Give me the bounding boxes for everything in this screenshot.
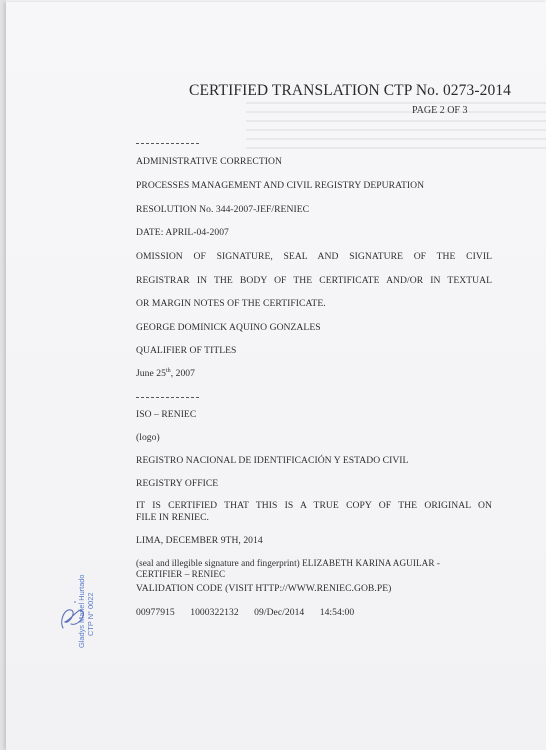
certified-line-2: FILE IN RENIEC. [136,512,209,523]
omission-line-1: OMISSION OF SIGNATURE, SEAL AND SIGNATUR… [136,251,492,262]
signed-date-suffix: , 2007 [171,368,195,379]
registry-office-line: REGISTRY OFFICE [136,478,218,489]
lima-date-line: LIMA, DECEMBER 9TH, 2014 [136,535,263,546]
validation-codes: 00977915 1000322132 09/Dec/2014 14:54:00 [136,607,367,618]
code-number: 1000322132 [190,607,238,618]
document-title: CERTIFIED TRANSLATION CTP No. 0273-2014 [189,82,511,100]
registro-line: REGISTRO NACIONAL DE IDENTIFICACIÓN Y ES… [136,455,408,466]
signed-date-prefix: June 25 [136,368,166,379]
bleed-through-text [246,102,546,152]
stamp-ctp: CTP N° 0022 [86,574,95,648]
code-time: 14:54:00 [320,607,355,618]
logo-placeholder: (logo) [136,432,160,443]
code-document: 00977915 [136,607,175,618]
code-date: 09/Dec/2014 [254,607,304,618]
validation-line: VALIDATION CODE (VISIT HTTP://WWW.RENIEC… [136,583,391,594]
processes-line: PROCESSES MANAGEMENT AND CIVIL REGISTRY … [136,180,424,191]
omission-line-2: REGISTRAR IN THE BODY OF THE CERTIFICATE… [136,275,492,286]
registrar-name: GEORGE DOMINICK AQUINO GONZALES [136,322,321,333]
seal-line-1: (seal and illegible signature and finger… [136,558,440,568]
resolution-line: RESOLUTION No. 344-2007-JEF/RENIEC [136,204,309,215]
qualifier-line: QUALIFIER OF TITLES [136,345,236,356]
page-number: PAGE 2 OF 3 [412,105,467,116]
separator-line-2 [136,397,199,399]
signed-date: June 25th, 2007 [136,368,195,379]
translator-stamp: Gladys Mariel Hurtado CTP N° 0022 [55,590,125,685]
date-line: DATE: APRIL-04-2007 [136,227,229,238]
admin-correction-line: ADMINISTRATIVE CORRECTION [136,156,282,167]
iso-line: ISO – RENIEC [136,409,196,420]
certified-line-1: IT IS CERTIFIED THAT THIS IS A TRUE COPY… [136,500,492,511]
separator-line [136,143,199,145]
stamp-name: Gladys Mariel Hurtado [77,574,86,648]
omission-line-3: OR MARGIN NOTES OF THE CERTIFICATE. [136,298,326,309]
seal-line-2: CERTIFIER – RENIEC [136,569,225,579]
stamp-text: Gladys Mariel Hurtado CTP N° 0022 [77,574,95,648]
